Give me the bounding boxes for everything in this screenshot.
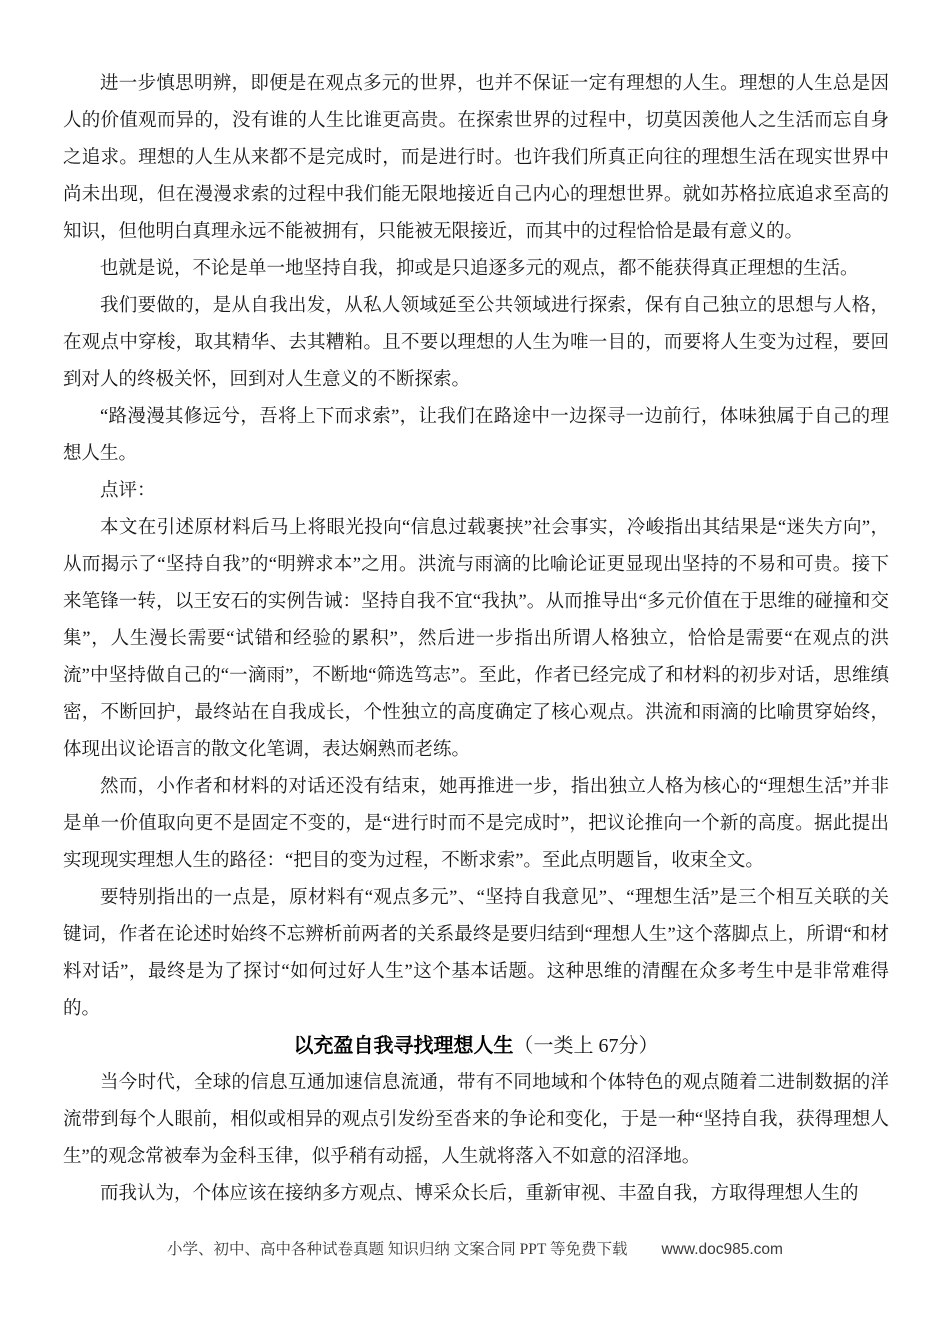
- essay-score: （一类上 67分）: [514, 1035, 659, 1057]
- document-body: 进一步慎思明辨，即便是在观点多元的世界，也并不保证一定有理想的人生。理想的人生总…: [63, 66, 889, 1213]
- paragraph: 我们要做的，是从自我出发，从私人领域延至公共领域进行探索，保有自己独立的思想与人…: [63, 288, 889, 399]
- paragraph: 进一步慎思明辨，即便是在观点多元的世界，也并不保证一定有理想的人生。理想的人生总…: [63, 66, 889, 251]
- footer-url: www.doc985.com: [661, 1241, 782, 1258]
- paragraph: 本文在引述原材料后马上将眼光投向“信息过载裹挟”社会事实，冷峻指出其结果是“迷失…: [63, 510, 889, 769]
- paragraph: 然而，小作者和材料的对话还没有结束，她再推进一步，指出独立人格为核心的“理想生活…: [63, 769, 889, 880]
- essay-title: 以充盈自我寻找理想人生: [294, 1035, 514, 1057]
- paragraph: 而我认为，个体应该在接纳多方观点、博采众长后，重新审视、丰盈自我，方取得理想人生…: [63, 1176, 889, 1213]
- paragraph: 当今时代，全球的信息互通加速信息流通，带有不同地域和个体特色的观点随着二进制数据…: [63, 1065, 889, 1176]
- paragraph: 要特别指出的一点是，原材料有“观点多元”、“坚持自我意见”、“理想生活”是三个相…: [63, 880, 889, 1028]
- page: { "page": { "background": "#ffffff", "te…: [0, 0, 950, 1344]
- page-footer: 小学、初中、高中各种试卷真题 知识归纳 文案合同 PPT 等免费下载www.do…: [0, 1238, 950, 1262]
- paragraph: “路漫漫其修远兮，吾将上下而求索”，让我们在路途中一边探寻一边前行，体味独属于自…: [63, 399, 889, 473]
- essay-title-heading: 以充盈自我寻找理想人生（一类上 67分）: [63, 1028, 889, 1065]
- footer-text: 小学、初中、高中各种试卷真题 知识归纳 文案合同 PPT 等免费下载: [167, 1241, 627, 1258]
- review-label: 点评：: [63, 473, 889, 510]
- paragraph: 也就是说，不论是单一地坚持自我，抑或是只追逐多元的观点，都不能获得真正理想的生活…: [63, 251, 889, 288]
